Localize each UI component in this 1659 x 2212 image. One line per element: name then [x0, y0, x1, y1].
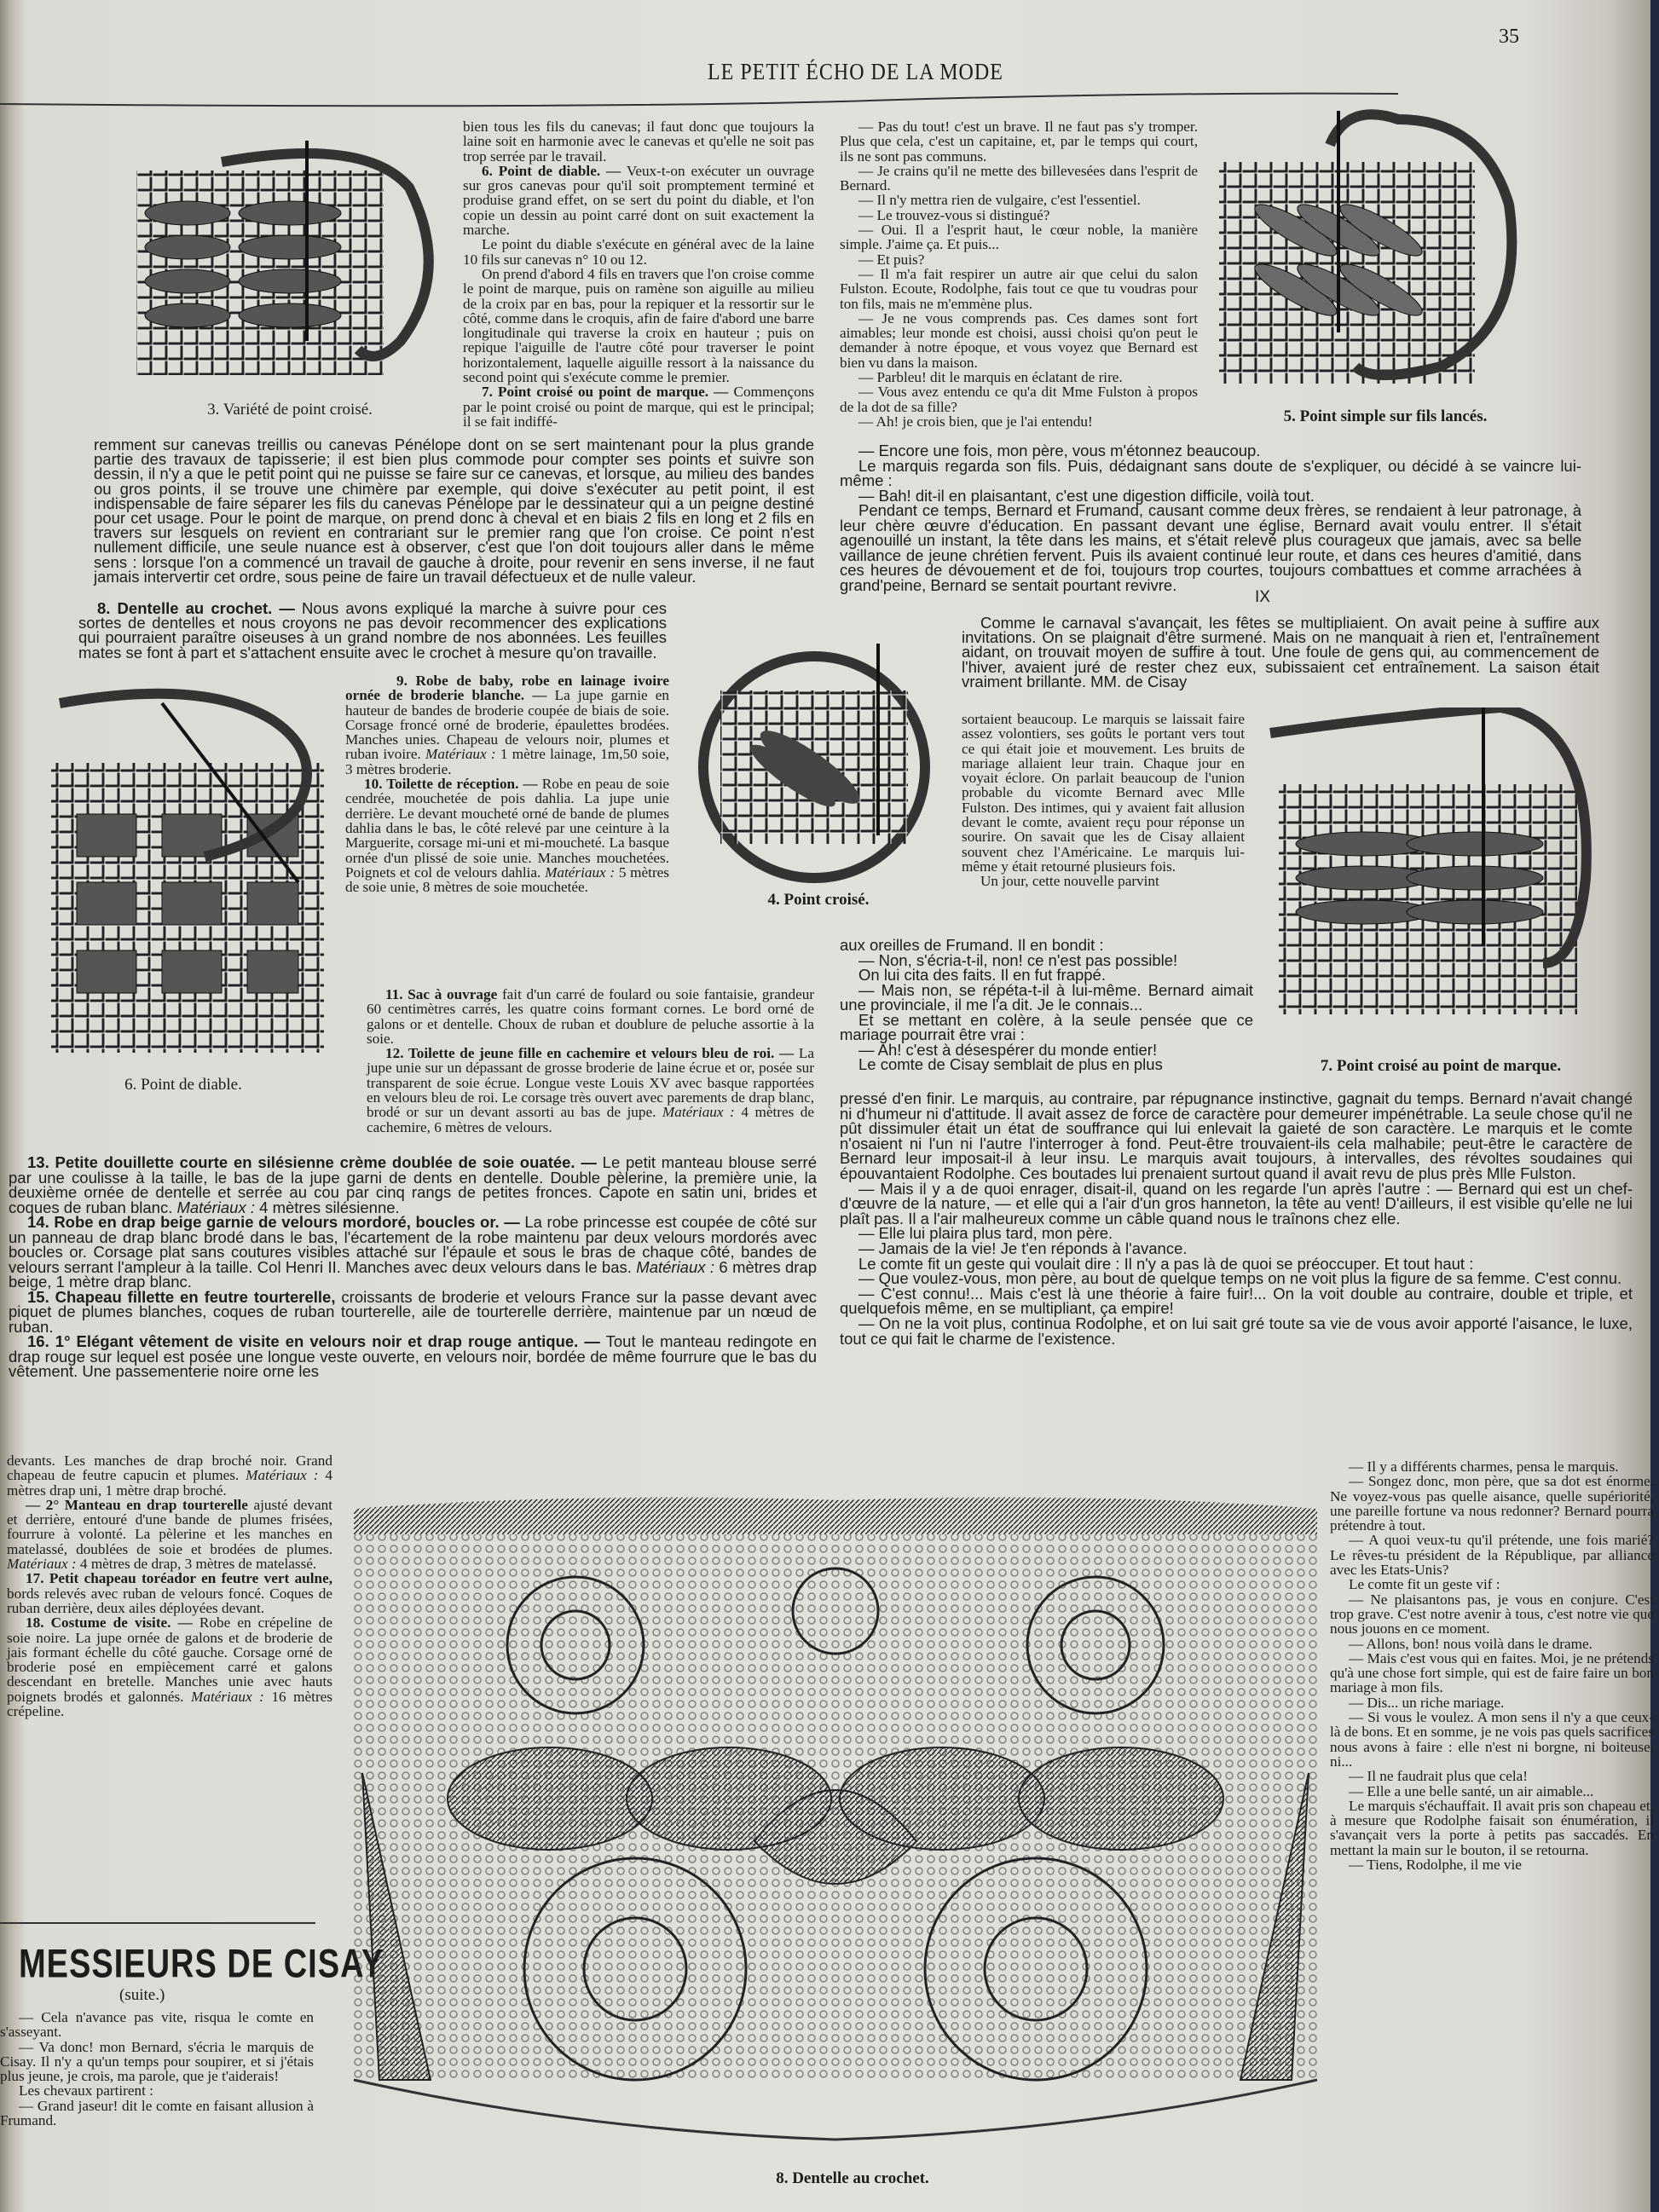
story-paragraph: Un jour, cette nouvelle parvint — [962, 874, 1245, 888]
figure-5-caption: 5. Point simple sur fils lancés. — [1202, 407, 1569, 426]
item9-materials-label: Matériaux : — [425, 746, 496, 762]
section-divider — [0, 1922, 315, 1924]
figure-3-caption: 3. Variété de point croisé. — [128, 401, 452, 419]
story-paragraph: — Oui. Il a l'esprit haut, le cœur noble… — [840, 222, 1198, 252]
figure-7-illustration — [1262, 707, 1603, 1048]
figure-6-caption: 6. Point de diable. — [34, 1076, 332, 1094]
story-paragraph: — Et puis? — [840, 252, 1198, 267]
figure-8-illustration — [328, 1483, 1343, 2157]
intro-paragraph: bien tous les fils du canevas; il faut d… — [463, 119, 814, 164]
item11-title: 11. Sac à ouvrage — [385, 986, 497, 1002]
story-paragraph: — Ah! je crois bien, que je l'ai entendu… — [840, 414, 1198, 429]
story-paragraph: Les chevaux partirent : — [0, 2083, 314, 2098]
story-paragraph: On lui cita des faits. Il en fut frappé. — [840, 967, 1253, 983]
story-paragraph: aux oreilles de Frumand. Il en bondit : — [840, 938, 1253, 953]
item12-title: 12. Toilette de jeune fille en cachemire… — [385, 1045, 794, 1061]
item16-part2-materials-label: Matériaux : — [7, 1556, 77, 1572]
story-paragraph: — Il m'a fait respirer un autre air que … — [840, 267, 1198, 311]
story-paragraph: — Vous avez entendu ce qu'a dit Mme Fuls… — [840, 384, 1198, 414]
story-left-column: — Cela n'avance pas vite, risqua le comt… — [0, 2010, 314, 2128]
story-paragraph: — Tiens, Rodolphe, il me vie — [1330, 1857, 1654, 1872]
crochet-lace-icon — [328, 1483, 1343, 2157]
item10-materials-label: Matériaux : — [545, 864, 615, 881]
story-paragraph: — Je ne vous comprends pas. Ces dames so… — [840, 311, 1198, 370]
story-paragraph: — Dis... un riche mariage. — [1330, 1695, 1654, 1710]
item16-part2-title: — 2° Manteau en drap tourterelle — [26, 1497, 248, 1513]
story-subtitle: (suite.) — [119, 1986, 165, 2005]
item18-title: 18. Costume de visite. — — [26, 1614, 193, 1631]
story-paragraph: Pendant ce temps, Bernard et Frumand, ca… — [840, 503, 1581, 592]
cross-stitch-marking-icon — [1262, 707, 1603, 1048]
item14-materials-label: Matériaux : — [636, 1258, 714, 1276]
column-items-13-16: 13. Petite douillette courte en silésien… — [9, 1155, 817, 1379]
cross-stitch-variety-icon — [128, 136, 452, 392]
story-paragraph: — Le trouvez-vous si distingué? — [840, 208, 1198, 222]
item18-materials-label: Matériaux : — [191, 1689, 264, 1705]
figure-7-caption: 7. Point croisé au point de marque. — [1262, 1057, 1620, 1076]
story-paragraph: pressé d'en finir. Le marquis, au contra… — [840, 1091, 1633, 1181]
devil-stitch-icon — [34, 686, 341, 1066]
story-paragraph: — Mais c'est vous qui en faites. Moi, je… — [1330, 1651, 1654, 1695]
story-paragraph: sortaient beaucoup. Le marquis se laissa… — [962, 712, 1245, 874]
figure-5-illustration — [1202, 102, 1611, 401]
story-paragraph: Le comte fit un geste vif : — [1330, 1577, 1654, 1591]
chapter-intro: Comme le carnaval s'avançait, les fêtes … — [962, 615, 1599, 689]
story-paragraph: Le marquis s'échauffait. Il avait pris s… — [1330, 1799, 1654, 1857]
item6-p2: Le point du diable s'exécute en général … — [463, 237, 814, 267]
item7-title: 7. Point croisé ou point de marque. — — [482, 384, 728, 400]
story-paragraph: — Songez donc, mon père, que sa dot est … — [1330, 1474, 1654, 1533]
column-top-middle: bien tous les fils du canevas; il faut d… — [463, 119, 814, 429]
story-paragraph: — Grand jaseur! dit le comte en faisant … — [0, 2099, 314, 2128]
item17-text: bords relevés avec ruban de velours fonc… — [7, 1585, 332, 1616]
story-wide-mid-block: pressé d'en finir. Le marquis, au contra… — [840, 1091, 1633, 1346]
story-paragraph: — Parbleu! dit le marquis en éclatant de… — [840, 370, 1198, 384]
story-paragraph: — Il n'y mettra rien de vulgaire, c'est … — [840, 193, 1198, 207]
masthead-title: LE PETIT ÉCHO DE LA MODE — [708, 60, 1003, 86]
story-paragraph: — Il ne faudrait plus que cela! — [1330, 1769, 1654, 1783]
story-paragraph: — Allons, bon! nous voilà dans le drame. — [1330, 1637, 1654, 1651]
story-paragraph: — Si vous le voulez. A mon sens il n'y a… — [1330, 1710, 1654, 1769]
figure-6-illustration — [34, 686, 341, 1066]
item16-part2-materials: 4 mètres de drap, 3 mètres de matelassé. — [80, 1556, 316, 1572]
story-paragraph: — C'est connu!... Mais c'est là une théo… — [840, 1286, 1633, 1316]
story-paragraph: Le marquis regarda son fils. Puis, dédai… — [840, 459, 1581, 488]
story-paragraph: — Encore une fois, mon père, vous m'éton… — [840, 443, 1581, 459]
item10-title: 10. Toilette de réception. — — [364, 776, 538, 792]
story-paragraph: — Mais non, se répéta-t-il à lui-même. B… — [840, 983, 1253, 1013]
story-top-right-column: — Pas du tout! c'est un brave. Il ne fau… — [840, 119, 1198, 429]
simple-stitch-laid-threads-icon — [1202, 102, 1611, 401]
story-paragraph: — On ne la voit plus, continua Rodolphe,… — [840, 1316, 1633, 1346]
story-mid-column: aux oreilles de Frumand. Il en bondit : … — [840, 938, 1253, 1072]
column-items-16-18: devants. Les manches de drap broché noir… — [7, 1453, 332, 1718]
item6-p3: On prend d'abord 4 fils en travers que l… — [463, 267, 814, 384]
story-paragraph: — Va donc! mon Bernard, s'écria le marqu… — [0, 2040, 314, 2084]
item7-continuation-text: remment sur canevas treillis ou canevas … — [94, 437, 814, 584]
story-paragraph: — Jamais de la vie! Je t'en réponds à l'… — [840, 1241, 1633, 1256]
story-paragraph: — Je crains qu'il ne mette des billevesé… — [840, 164, 1198, 193]
story-wide-right-block: — Encore une fois, mon père, vous m'éton… — [840, 443, 1581, 592]
story-paragraph: — Cela n'avance pas vite, risqua le comt… — [0, 2010, 314, 2040]
story-paragraph: — Pas du tout! c'est un brave. Il ne fau… — [840, 119, 1198, 164]
page-number: 35 — [1499, 26, 1519, 49]
chapter-heading: IX — [1255, 588, 1270, 607]
story-paragraph: — Il y a différents charmes, pensa le ma… — [1330, 1459, 1654, 1474]
story-narrow-column: sortaient beaucoup. Le marquis se laissa… — [962, 712, 1245, 889]
story-paragraph: Le comte de Cisay semblait de plus en pl… — [840, 1057, 1253, 1072]
column-items-9-10: 9. Robe de baby, robe en lainage ivoire … — [345, 673, 669, 894]
page-edge — [1650, 0, 1659, 2212]
chapter-intro-text: Comme le carnaval s'avançait, les fêtes … — [962, 615, 1599, 689]
item7-continuation: remment sur canevas treillis ou canevas … — [94, 437, 814, 584]
figure-3-illustration — [128, 136, 452, 392]
item6-title: 6. Point de diable. — — [482, 163, 621, 179]
figure-4-caption: 4. Point croisé. — [682, 891, 955, 910]
story-paragraph: — Ne plaisantons pas, je vous en conjure… — [1330, 1592, 1654, 1637]
figure-4-illustration — [682, 639, 946, 887]
item8-block: 8. Dentelle au crochet. — Nous avons exp… — [78, 601, 667, 660]
story-paragraph: — Elle a une belle santé, un air aimable… — [1330, 1784, 1654, 1799]
story-paragraph: — Mais il y a de quoi enrager, disait-il… — [840, 1181, 1633, 1227]
cross-stitch-icon — [682, 639, 946, 887]
item11-block: 11. Sac à ouvrage fait d'un carré de fou… — [367, 987, 814, 1135]
story-paragraph: — A quoi veux-tu qu'il prétende, une foi… — [1330, 1533, 1654, 1577]
story-bottom-right-column: — Il y a différents charmes, pensa le ma… — [1330, 1459, 1654, 1872]
figure-8-caption: 8. Dentelle au crochet. — [682, 2169, 1023, 2188]
item12-materials-label: Matériaux : — [662, 1104, 735, 1120]
story-paragraph: Et se mettant en colère, à la seule pens… — [840, 1013, 1253, 1042]
item17-title: 17. Petit chapeau toréador en feutre ver… — [26, 1570, 332, 1586]
item16-materials-label: Matériaux : — [246, 1467, 318, 1483]
